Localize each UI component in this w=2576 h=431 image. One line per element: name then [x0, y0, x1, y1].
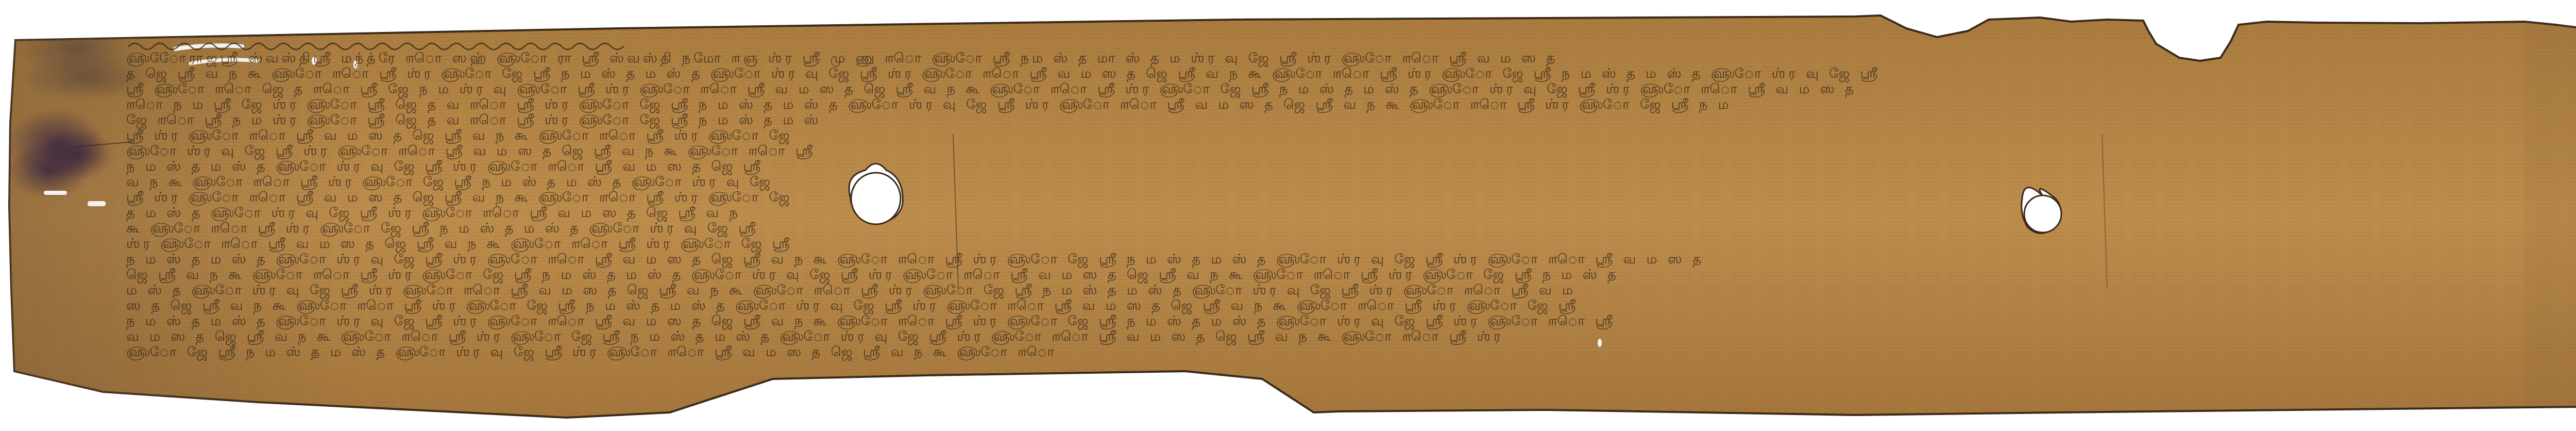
manuscript-scan: ௵ோேராஜஸ்ரீ ஸ்வஸ்திஸ்ரீ மந்த்ரே ௱ொ ஸஹ் ௵ோ… — [0, 0, 2576, 431]
palm-leaf — [0, 0, 2576, 431]
